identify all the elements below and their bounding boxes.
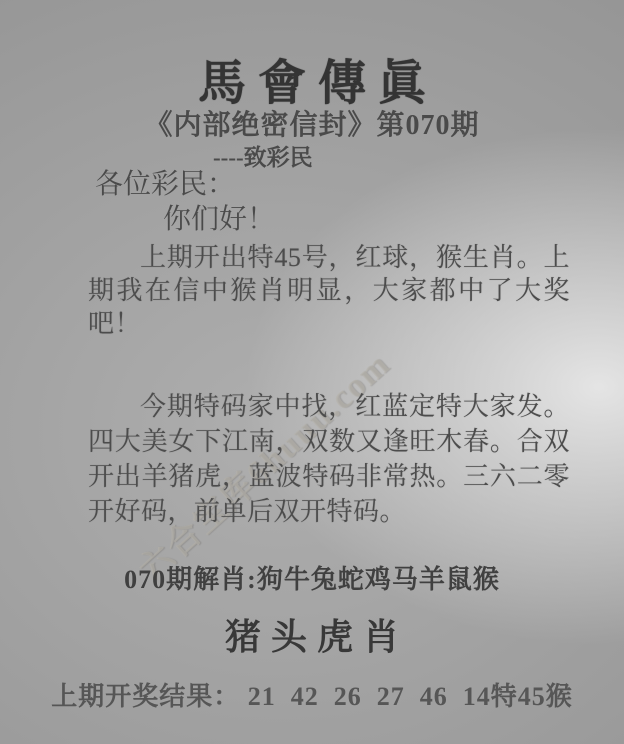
subtitle-issue: 《内部绝密信封》第070期 [0, 103, 624, 143]
paragraph-current-tip: 今期特码家中找，红蓝定特大家发。四大美女下江南，双数又逢旺木春。合双开出羊猪虎，… [88, 389, 570, 529]
zodiac-solution-line: 070期解肖:狗牛兔蛇鸡马羊鼠猴 [0, 559, 624, 596]
fax-sheet: 六合宝库6huuu.com 馬會傳眞 《内部绝密信封》第070期 ----致彩民… [0, 0, 624, 744]
last-draw-result: 上期开奖结果： 21 42 26 27 46 14特45猴 [0, 676, 624, 713]
greeting: 你们好！ [163, 197, 275, 237]
paragraph-last-draw: 上期开出特45号，红球，猴生肖。上期我在信中猴肖明显，大家都中了大奖吧！ [88, 241, 570, 340]
salutation: 各位彩民： [95, 162, 235, 202]
main-tip-text: 猪头虎肖 [0, 609, 624, 660]
